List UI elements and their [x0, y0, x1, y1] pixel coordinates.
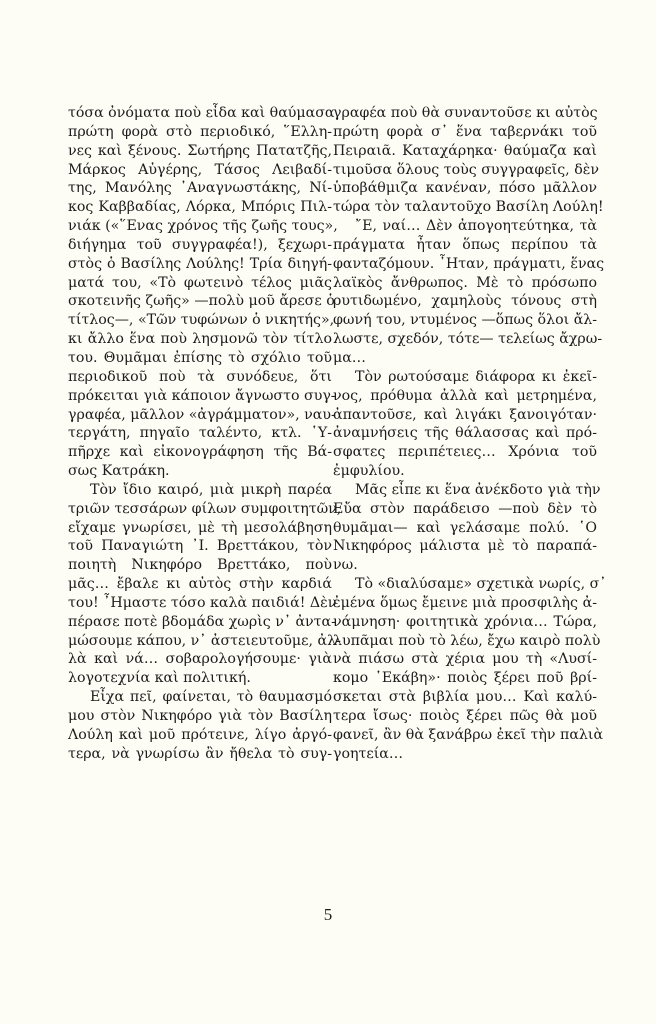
text-line: ὑποβάθμιζα κανέναν, πόσο μᾶλλον: [333, 179, 597, 198]
text-line: σκοτεινῆς ζωῆς» —πολὺ μοῦ ἄρεσε ὁ: [68, 292, 332, 311]
text-line: Λούλη καὶ μοῦ πρότεινε, λίγο ἀργό-: [68, 726, 332, 745]
text-line: σκεται στὰ βιβλία μου… Καὶ καλύ-: [333, 688, 597, 707]
right-text-column: γραφέα ποὺ θὰ συναντοῦσε κι αὐτὸςπρώτη φ…: [333, 104, 597, 764]
text-line: του. Θυμᾶμαι ἐπίσης τὸ σχόλιο τοῦ: [68, 349, 332, 368]
text-line: Νικηφόρος μάλιστα μὲ τὸ παραπά-: [333, 537, 597, 556]
text-line: μα…: [333, 349, 597, 368]
text-line: τερα, νὰ γνωρίσω ἂν ἤθελα τὸ συγ-: [68, 745, 332, 764]
text-line: νιάκ («῞Ενας χρόνος τῆς ζωῆς τους»,: [68, 217, 332, 236]
text-line: λογοτεχνία καὶ πολιτική.: [68, 669, 332, 688]
left-text-column: τόσα ὀνόματα ποὺ εἶδα καὶ θαύμασαπρώτη φ…: [68, 104, 332, 764]
text-line: τιμοῦσα ὅλους τοὺς συγγραφεῖς, δὲν: [333, 161, 597, 180]
text-line: ἐμφυλίου.: [333, 462, 597, 481]
text-line: Πειραιᾶ. Καταχάρηκα· θαύμαζα καὶ: [333, 142, 597, 161]
text-line: τώρα τὸν ταλαντοῦχο Βασίλη Λούλη!: [333, 198, 597, 217]
text-line: κι ἄλλο ἕνα ποὺ λησμονῶ τὸν τίτλο: [68, 330, 332, 349]
text-line: Εἶχα πεῖ, φαίνεται, τὸ θαυμασμό: [68, 688, 332, 707]
text-line: διήγημα τοῦ συγγραφέα!), ξεχωρι-: [68, 236, 332, 255]
text-line: τερα ἴσως· ποιὸς ξέρει πῶς θὰ μοῦ: [333, 707, 597, 726]
text-line: Μάρκος Αὐγέρης, Τάσος Λειβαδί-: [68, 161, 332, 180]
text-line: πρόκειται γιὰ κάποιον ἄγνωστο συγ-: [68, 387, 332, 406]
text-line: κομο ῾Εκάβη»· ποιὸς ξέρει ποῦ βρί-: [333, 669, 597, 688]
text-line: ποιητὴ Νικηφόρο Βρεττάκο, ποὺ: [68, 556, 332, 575]
text-line: Εὔα στὸν παράδεισο —ποὺ δὲν τὸ: [333, 500, 597, 519]
text-line: λὰ καὶ νά… σοβαρολογήσουμε· γιὰ: [68, 650, 332, 669]
text-line: νες καὶ ξένους. Σωτήρης Πατατζῆς,: [68, 142, 332, 161]
text-line: πρώτη φορὰ σ᾿ ἕνα ταβερνάκι τοῦ: [333, 123, 597, 142]
text-line: λαϊκὸς ἄνθρωπος. Μὲ τὸ πρόσωπο: [333, 274, 597, 293]
text-line: τοῦ Παναγιώτη ᾿Ι. Βρεττάκου, τὸν: [68, 537, 332, 556]
text-line: σως Κατράκη.: [68, 462, 332, 481]
text-line: τίτλος—, «Τῶν τυφώνων ὁ νικητής»,: [68, 311, 332, 330]
text-line: ἀναμνήσεις τῆς θάλασσας καὶ πρό-: [333, 424, 597, 443]
text-line: ἐμένα ὅμως ἔμεινε μιὰ προσφιλὴς ἀ-: [333, 594, 597, 613]
text-line: θυμᾶμαι— καὶ γελάσαμε πολύ. ῾Ο: [333, 519, 597, 538]
text-line: πέρασε ποτὲ βδομάδα χωρὶς ν᾿ ἀντα-: [68, 613, 332, 632]
text-line: τόσα ὀνόματα ποὺ εἶδα καὶ θαύμασα: [68, 104, 332, 123]
text-line: στὸς ὁ Βασίλης Λούλης! Τρία διηγή-: [68, 255, 332, 274]
text-line: ῎Ε, ναί… Δὲν ἀπογοητεύτηκα, τὰ: [333, 217, 597, 236]
text-line: φωνή του, ντυμένος —ὅπως ὅλοι ἄλ-: [333, 311, 597, 330]
text-line: μᾶς… ἔβαλε κι αὐτὸς στὴν καρδιά: [68, 575, 332, 594]
text-line: πῆρχε καὶ εἰκονογράφηση τῆς Βά-: [68, 443, 332, 462]
text-line: πράγματα ἦταν ὅπως περίπου τὰ: [333, 236, 597, 255]
text-line: νὰ πιάσω στὰ χέρια μου τὴ «Λυσί-: [333, 650, 597, 669]
text-line: τεργάτη, πηγαῖο ταλέντο, κτλ. ῾Υ-: [68, 424, 332, 443]
text-line: Μᾶς εἶπε κι ἕνα ἀνέκδοτο γιὰ τὴν: [333, 481, 597, 500]
text-line: ρυτιδωμένο, χαμηλοὺς τόνους στὴ: [333, 292, 597, 311]
text-line: νος, πρόθυμα ἀλλὰ καὶ μετρημένα,: [333, 387, 597, 406]
text-line: Τὸ «διαλύσαμε» σχετικὰ νωρίς, σ᾿: [333, 575, 597, 594]
text-line: Τὸν ρωτούσαμε διάφορα κι ἐκεῖ-: [333, 368, 597, 387]
text-line: ἀπαντοῦσε, καὶ λιγάκι ξανοιγόταν·: [333, 406, 597, 425]
text-line: ματά του, «Τὸ φωτεινὸ τέλος μιᾶς: [68, 274, 332, 293]
text-line: νω.: [333, 556, 597, 575]
text-line: τριῶν τεσσάρων φίλων συμφοιτητῶν,: [68, 500, 332, 519]
text-line: περιοδικοῦ ποὺ τὰ συνόδευε, ὅτι: [68, 368, 332, 387]
text-line: λυπᾶμαι ποὺ τὸ λέω, ἔχω καιρὸ πολὺ: [333, 632, 597, 651]
text-line: λωστε, σχεδόν, τότε— τελείως ἄχρω-: [333, 330, 597, 349]
text-line: Τὸν ἴδιο καιρό, μιὰ μικρὴ παρέα: [68, 481, 332, 500]
text-line: φανεῖ, ἂν θὰ ξανάβρω ἐκεῖ τὴν παλιὰ: [333, 726, 597, 745]
text-line: νάμνηση· φοιτητικὰ χρόνια… Τώρα,: [333, 613, 597, 632]
text-line: γραφέα, μᾶλλον «ἀγράμματον», ναυ-: [68, 406, 332, 425]
page-number: 5: [0, 905, 656, 925]
text-line: μου στὸν Νικηφόρο γιὰ τὸν Βασίλη: [68, 707, 332, 726]
text-line: γραφέα ποὺ θὰ συναντοῦσε κι αὐτὸς: [333, 104, 597, 123]
text-line: του! ῏Ημαστε τόσο καλὰ παιδιά! Δὲν: [68, 594, 332, 613]
text-line: πρώτη φορὰ στὸ περιοδικό, ῞Ελλη-: [68, 123, 332, 142]
text-line: γοητεία…: [333, 745, 597, 764]
text-line: μώσουμε κάπου, ν᾿ ἀστειευτοῦμε, ἀλ-: [68, 632, 332, 651]
text-line: φανταζόμουν. ῏Ηταν, πράγματι, ἕνας: [333, 255, 597, 274]
text-line: της, Μανόλης ᾿Αναγνωστάκης, Νί-: [68, 179, 332, 198]
text-line: εἴχαμε γνωρίσει, μὲ τὴ μεσολάβηση: [68, 519, 332, 538]
text-line: σφατες περιπέτειες… Χρόνια τοῦ: [333, 443, 597, 462]
text-line: κος Καββαδίας, Λόρκα, Μπόρις Πιλ-: [68, 198, 332, 217]
